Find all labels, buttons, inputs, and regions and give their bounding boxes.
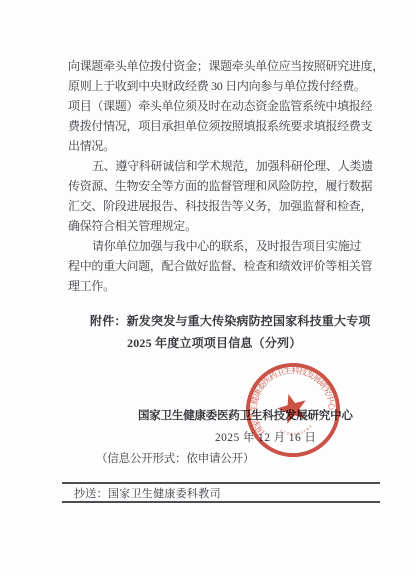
seal-star-icon	[274, 390, 310, 425]
body-line: 汇交、阶段进展报告、科技报告等义务，加强监督和检查，	[68, 196, 368, 216]
footer-divider-top	[62, 482, 380, 484]
footer-divider-bottom	[62, 501, 380, 503]
body-line: 出情况。	[68, 136, 368, 156]
body-line: 确保符合相关管理规定。	[68, 216, 368, 236]
body-line: 费拨付情况，项目承担单位须按照填报系统要求填报经费支	[68, 116, 368, 136]
seal-code-digits: 1101020283	[278, 420, 313, 440]
body-line: 五、遵守科研诚信和学术规范，加强科研伦理、人类遗	[68, 156, 368, 176]
attachment-line-2: 2025 年度立项项目信息（分列）	[127, 334, 301, 351]
body-line: 项目（课题）牵头单位须及时在动态资金监管系统中填报经	[68, 96, 368, 116]
attachment-line-1: 附件：新发突发与重大传染病防控国家科技重大专项	[90, 312, 371, 329]
disclosure-note: （信息公开形式：依申请公开）	[96, 450, 254, 466]
body-line: 向课题牵头单位拨付资金；课题牵头单位应当按照研究进度，	[68, 56, 368, 76]
body-line: 请你单位加强与我中心的联系，及时报告项目实施过	[68, 236, 368, 256]
document-page: 向课题牵头单位拨付资金；课题牵头单位应当按照研究进度， 原则上于收到中央财政经费…	[0, 0, 416, 576]
copy-to-line: 抄送：国家卫生健康委科教司	[74, 485, 221, 501]
body-line: 理工作。	[68, 276, 368, 296]
official-seal-stamp: 国家卫生健康委医药卫生科技发展研究中心 1101020283	[244, 361, 342, 459]
svg-text:1101020283: 1101020283	[278, 420, 313, 440]
letter-body: 向课题牵头单位拨付资金；课题牵头单位应当按照研究进度， 原则上于收到中央财政经费…	[68, 56, 368, 296]
body-line: 原则上于收到中央财政经费 30 日内向参与单位拨付经费。	[68, 76, 368, 96]
body-line: 程中的重大问题，配合做好监督、检查和绩效评价等相关管	[68, 256, 368, 276]
body-line: 传资源、生物安全等方面的监督管理和风险防控，履行数据	[68, 176, 368, 196]
